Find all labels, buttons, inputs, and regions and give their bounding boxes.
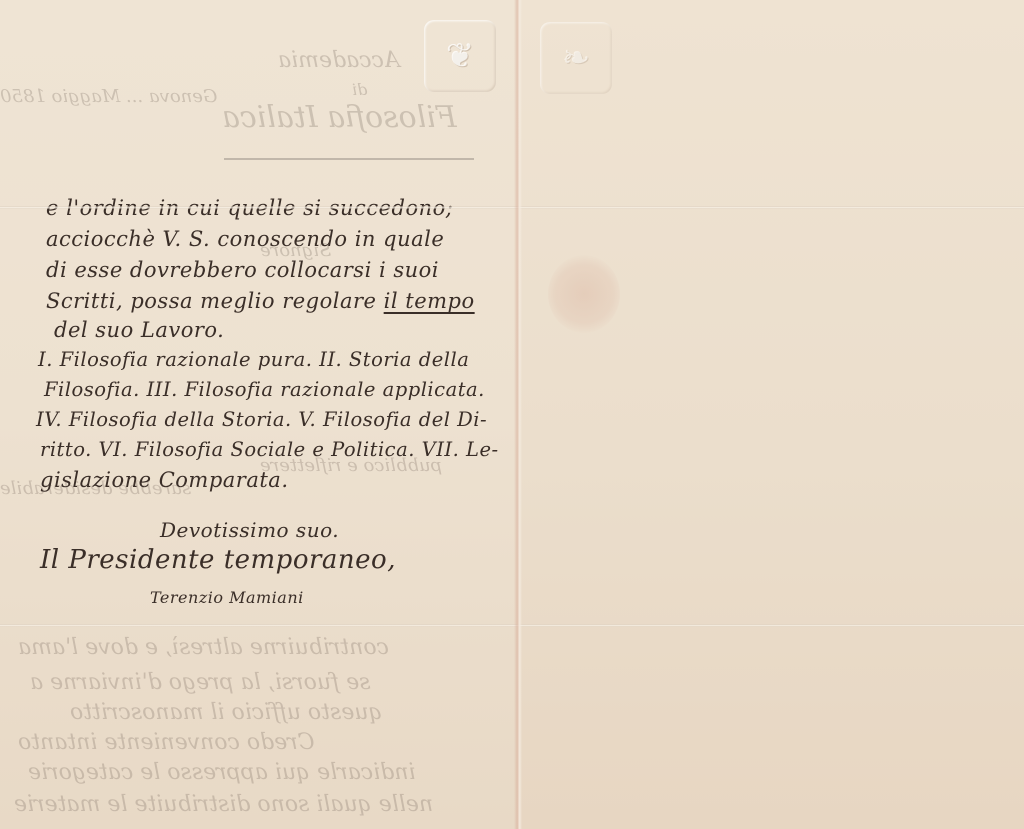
salutation: Devotissimo suo. — [160, 518, 339, 542]
underlined-phrase: il tempo — [384, 289, 475, 313]
letterhead-line-3: Filosofia Italica — [222, 100, 457, 135]
embossed-crest-showthrough-icon: ❧ — [540, 22, 612, 94]
body-line: del suo Lavoro. — [54, 318, 224, 342]
seal-stain — [548, 255, 620, 333]
letterhead-line-1: Accademia — [278, 48, 400, 73]
horizontal-fold-lower — [0, 624, 1024, 627]
category-line: Filosofia. III. Filosofia razionale appl… — [44, 378, 485, 401]
body-text: Scritti, possa meglio regolare — [46, 289, 384, 313]
showthrough-line: indicarle qui appresso le categorie — [28, 760, 416, 785]
body-line: Scritti, possa meglio regolare il tempo — [46, 289, 475, 313]
letterhead-line-2: di — [352, 80, 367, 99]
category-line: IV. Filosofia della Storia. V. Filosofia… — [36, 408, 487, 431]
showthrough-line: questo ufficio il manoscritto — [70, 700, 383, 725]
showthrough-line: nelle quali sono distribuite le materie — [14, 792, 433, 817]
letter-scan: ❦ ❧ Accademia di Filosofia Italica Genov… — [0, 0, 1024, 829]
showthrough-line: se fuorsi, la prego d'inviarne a — [30, 670, 371, 695]
category-line: ritto. VI. Filosofia Sociale e Politica.… — [40, 438, 499, 461]
letterhead-rule — [224, 158, 474, 160]
embossed-crest-icon: ❦ — [424, 20, 496, 92]
showthrough-line: Credo conveniente intanto — [18, 730, 315, 755]
letterhead-date: Genova ... Maggio 1850 — [0, 86, 217, 107]
center-fold — [514, 0, 522, 829]
right-page-blank — [517, 0, 1024, 829]
body-line: acciocchè V. S. conoscendo in quale — [46, 227, 444, 251]
horizontal-fold-upper — [0, 206, 1024, 209]
signature: Terenzio Mamiani — [150, 588, 304, 607]
body-line: di esse dovrebbero collocarsi i suoi — [46, 258, 439, 282]
signer-title: Il Presidente temporaneo, — [40, 545, 396, 575]
category-line: I. Filosofia razionale pura. II. Storia … — [38, 348, 469, 371]
category-line: gislazione Comparata. — [40, 468, 289, 492]
showthrough-line: contribuirne altresì, e dove l'ama — [18, 635, 389, 660]
